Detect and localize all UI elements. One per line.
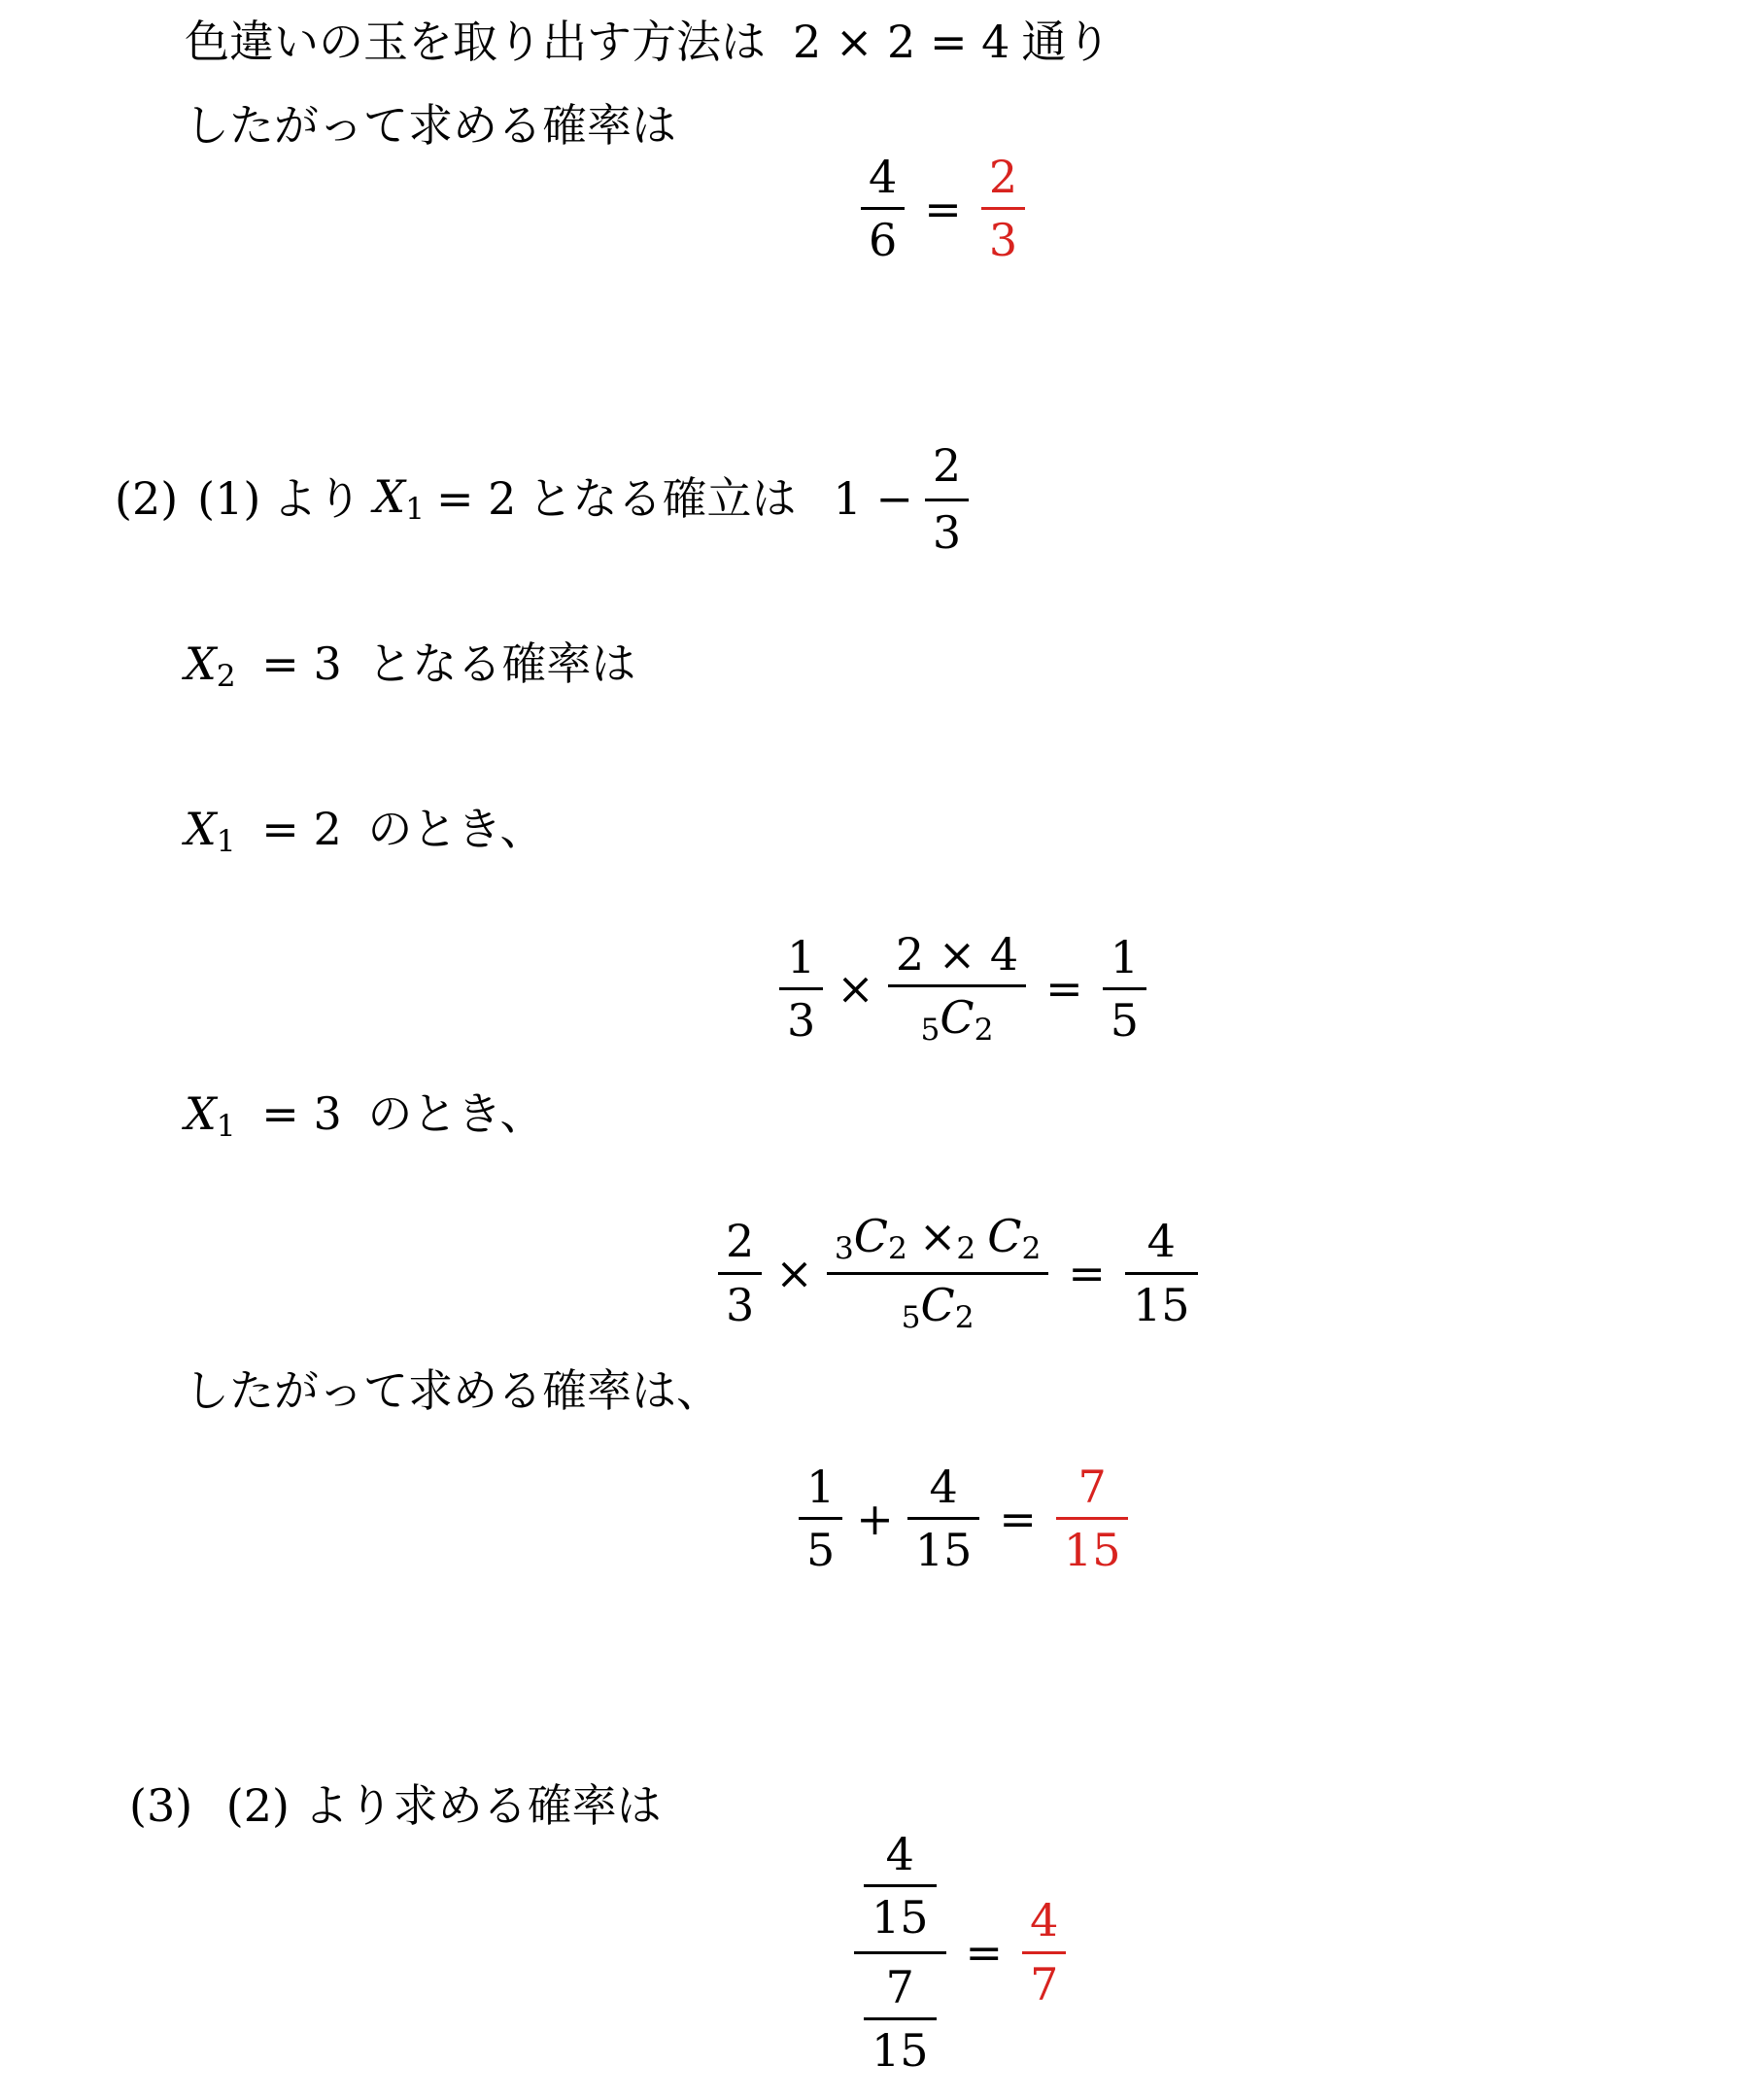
fraction: 3C2×2C2 5C2: [827, 1211, 1049, 1335]
fraction: 4 15: [907, 1462, 980, 1576]
combination-symbol: C: [940, 991, 974, 1044]
solution-line-count: 色違いの玉を取り出す方法は2 × 2 = 4通り: [185, 17, 1111, 68]
denominator: 15: [907, 1517, 980, 1575]
numerator: 7: [1056, 1462, 1129, 1517]
item-ref: (1): [197, 474, 260, 525]
denominator: 6: [861, 207, 905, 265]
subscript: 2: [888, 1231, 907, 1266]
numerator: 4: [1125, 1216, 1198, 1271]
fraction: 4 6: [861, 152, 905, 266]
numerator: 4: [864, 1829, 937, 1884]
numerator: 7: [864, 1962, 937, 2017]
item-marker: (2): [115, 474, 178, 525]
line-x2-equals-3: X2 = 3 となる確率は: [185, 639, 635, 694]
line-x1-equals-3: X1 = 3 のとき、: [185, 1089, 545, 1144]
fraction-result: 1 5: [1103, 932, 1146, 1047]
fraction: 7 15: [864, 1962, 937, 2077]
denominator: 15: [864, 2017, 937, 2076]
times-operator: ×: [775, 1250, 813, 1296]
equation-value: = 3: [261, 637, 341, 690]
display-formula-3: 2 3 × 3C2×2C2 5C2 = 4 15: [718, 1211, 1198, 1335]
pre-subscript: 3: [835, 1231, 854, 1266]
variable-x1: X1: [373, 472, 425, 527]
subscript: 2: [955, 1300, 975, 1335]
math-solution-page: 色違いの玉を取り出す方法は2 × 2 = 4通り したがって求める確率は 4 6…: [0, 0, 1744, 2100]
fraction-result: 4 7: [1022, 1895, 1066, 2010]
numerator: 1: [779, 932, 823, 987]
display-formula-5: 4 15 7 15 = 4 7: [854, 1827, 1066, 2078]
denominator: 3: [981, 207, 1025, 265]
variable: X: [185, 637, 217, 690]
subscript: 1: [217, 1109, 236, 1144]
equals-sign: =: [1045, 965, 1083, 1012]
variable-x1: X1: [185, 1087, 236, 1140]
item-2-line: (2) (1) より X1 = 2 となる確立は 1 − 2 3: [115, 439, 969, 560]
display-formula-4: 1 5 + 4 15 = 7 15: [799, 1462, 1128, 1576]
line-text: したがって求める確率は、: [185, 1364, 721, 1417]
line-text: 色違いの玉を取り出す方法は: [185, 16, 766, 68]
fraction: 2 × 4 5C2: [888, 929, 1026, 1049]
outer-denominator: 7 15: [854, 1951, 946, 2079]
line-x1-equals-2: X1 = 2 のとき、: [185, 805, 545, 859]
variable: X: [185, 803, 217, 855]
fraction: 1 3: [779, 932, 823, 1047]
numerator: 1: [799, 1462, 842, 1517]
line-text: (2) より求める確率は: [226, 1779, 662, 1832]
display-formula-1: 4 6 = 2 3: [861, 152, 1025, 266]
solution-line-therefore-2: したがって求める確率は、: [185, 1366, 721, 1417]
numerator: 4: [861, 152, 905, 207]
equals-sign: =: [966, 1929, 1004, 1976]
line-text: となる確率は: [367, 637, 635, 690]
fraction: 2 3: [718, 1216, 762, 1330]
equation-value: = 2: [436, 474, 516, 525]
subscript: 2: [975, 1013, 994, 1048]
line-suffix: 通り: [1021, 16, 1111, 68]
display-formula-2: 1 3 × 2 × 4 5C2 = 1 5: [779, 929, 1146, 1049]
times-operator: ×: [919, 1210, 957, 1262]
pre-subscript: 5: [920, 1013, 940, 1048]
line-text: のとき、: [367, 1087, 544, 1140]
subscript: 2: [1022, 1231, 1042, 1266]
line-text: のとき、: [367, 803, 544, 855]
variable-x2: X2: [185, 637, 236, 690]
equals-sign: =: [1068, 1250, 1106, 1296]
fraction: 1 5: [799, 1462, 842, 1576]
item-marker: (3): [129, 1779, 192, 1832]
inline-math: 2 × 2 = 4: [793, 16, 1009, 68]
equals-sign: =: [999, 1496, 1037, 1542]
subscript: 1: [217, 824, 236, 859]
denominator: 15: [1056, 1517, 1129, 1575]
combination-symbol: C: [921, 1279, 955, 1331]
denominator: 3: [779, 987, 823, 1046]
fraction-result: 4 15: [1125, 1216, 1198, 1330]
denominator: 5C2: [888, 984, 1026, 1049]
denominator: 5: [1103, 987, 1146, 1046]
variable: X: [373, 470, 405, 523]
math-lead: 1 −: [833, 474, 912, 525]
fraction: 4 15: [864, 1829, 937, 1944]
numerator: 3C2×2C2: [827, 1211, 1049, 1272]
numerator: 4: [907, 1462, 980, 1517]
fraction-result: 2 3: [981, 152, 1025, 266]
numerator: 1: [1103, 932, 1146, 987]
denominator: 7: [1022, 1951, 1066, 2010]
item-3-line: (3) (2) より求める確率は: [129, 1781, 662, 1832]
numerator: 2: [925, 439, 969, 499]
plus-operator: +: [856, 1496, 894, 1542]
equation-value: = 2: [261, 803, 341, 855]
numerator: 2: [718, 1216, 762, 1271]
equation-value: = 3: [261, 1087, 341, 1140]
variable: X: [185, 1087, 217, 1140]
nested-fraction: 4 15 7 15: [854, 1827, 946, 2078]
line-text: となる確立は: [528, 474, 796, 525]
outer-numerator: 4 15: [854, 1827, 946, 1951]
pre-subscript: 5: [902, 1300, 921, 1335]
line-text: より: [272, 474, 361, 525]
numerator: 2: [981, 152, 1025, 207]
denominator: 15: [864, 1884, 937, 1943]
denominator: 3: [718, 1272, 762, 1330]
fraction: 2 3: [925, 439, 969, 560]
denominator: 5: [799, 1517, 842, 1575]
denominator: 15: [1125, 1272, 1198, 1330]
combination-symbol: C: [987, 1210, 1021, 1262]
pre-subscript: 2: [956, 1231, 975, 1266]
line-text: したがって求める確率は: [185, 99, 676, 152]
numerator: 4: [1022, 1895, 1066, 1950]
combination-symbol: C: [854, 1210, 888, 1262]
variable-x1: X1: [185, 803, 236, 855]
denominator: 3: [925, 499, 969, 561]
fraction-result: 7 15: [1056, 1462, 1129, 1576]
subscript: 1: [405, 492, 425, 527]
equals-sign: =: [924, 186, 962, 232]
subscript: 2: [217, 659, 236, 694]
numerator: 2 × 4: [888, 929, 1026, 984]
denominator: 5C2: [827, 1272, 1049, 1336]
solution-line-therefore-1: したがって求める確率は: [185, 101, 676, 152]
times-operator: ×: [837, 965, 874, 1012]
